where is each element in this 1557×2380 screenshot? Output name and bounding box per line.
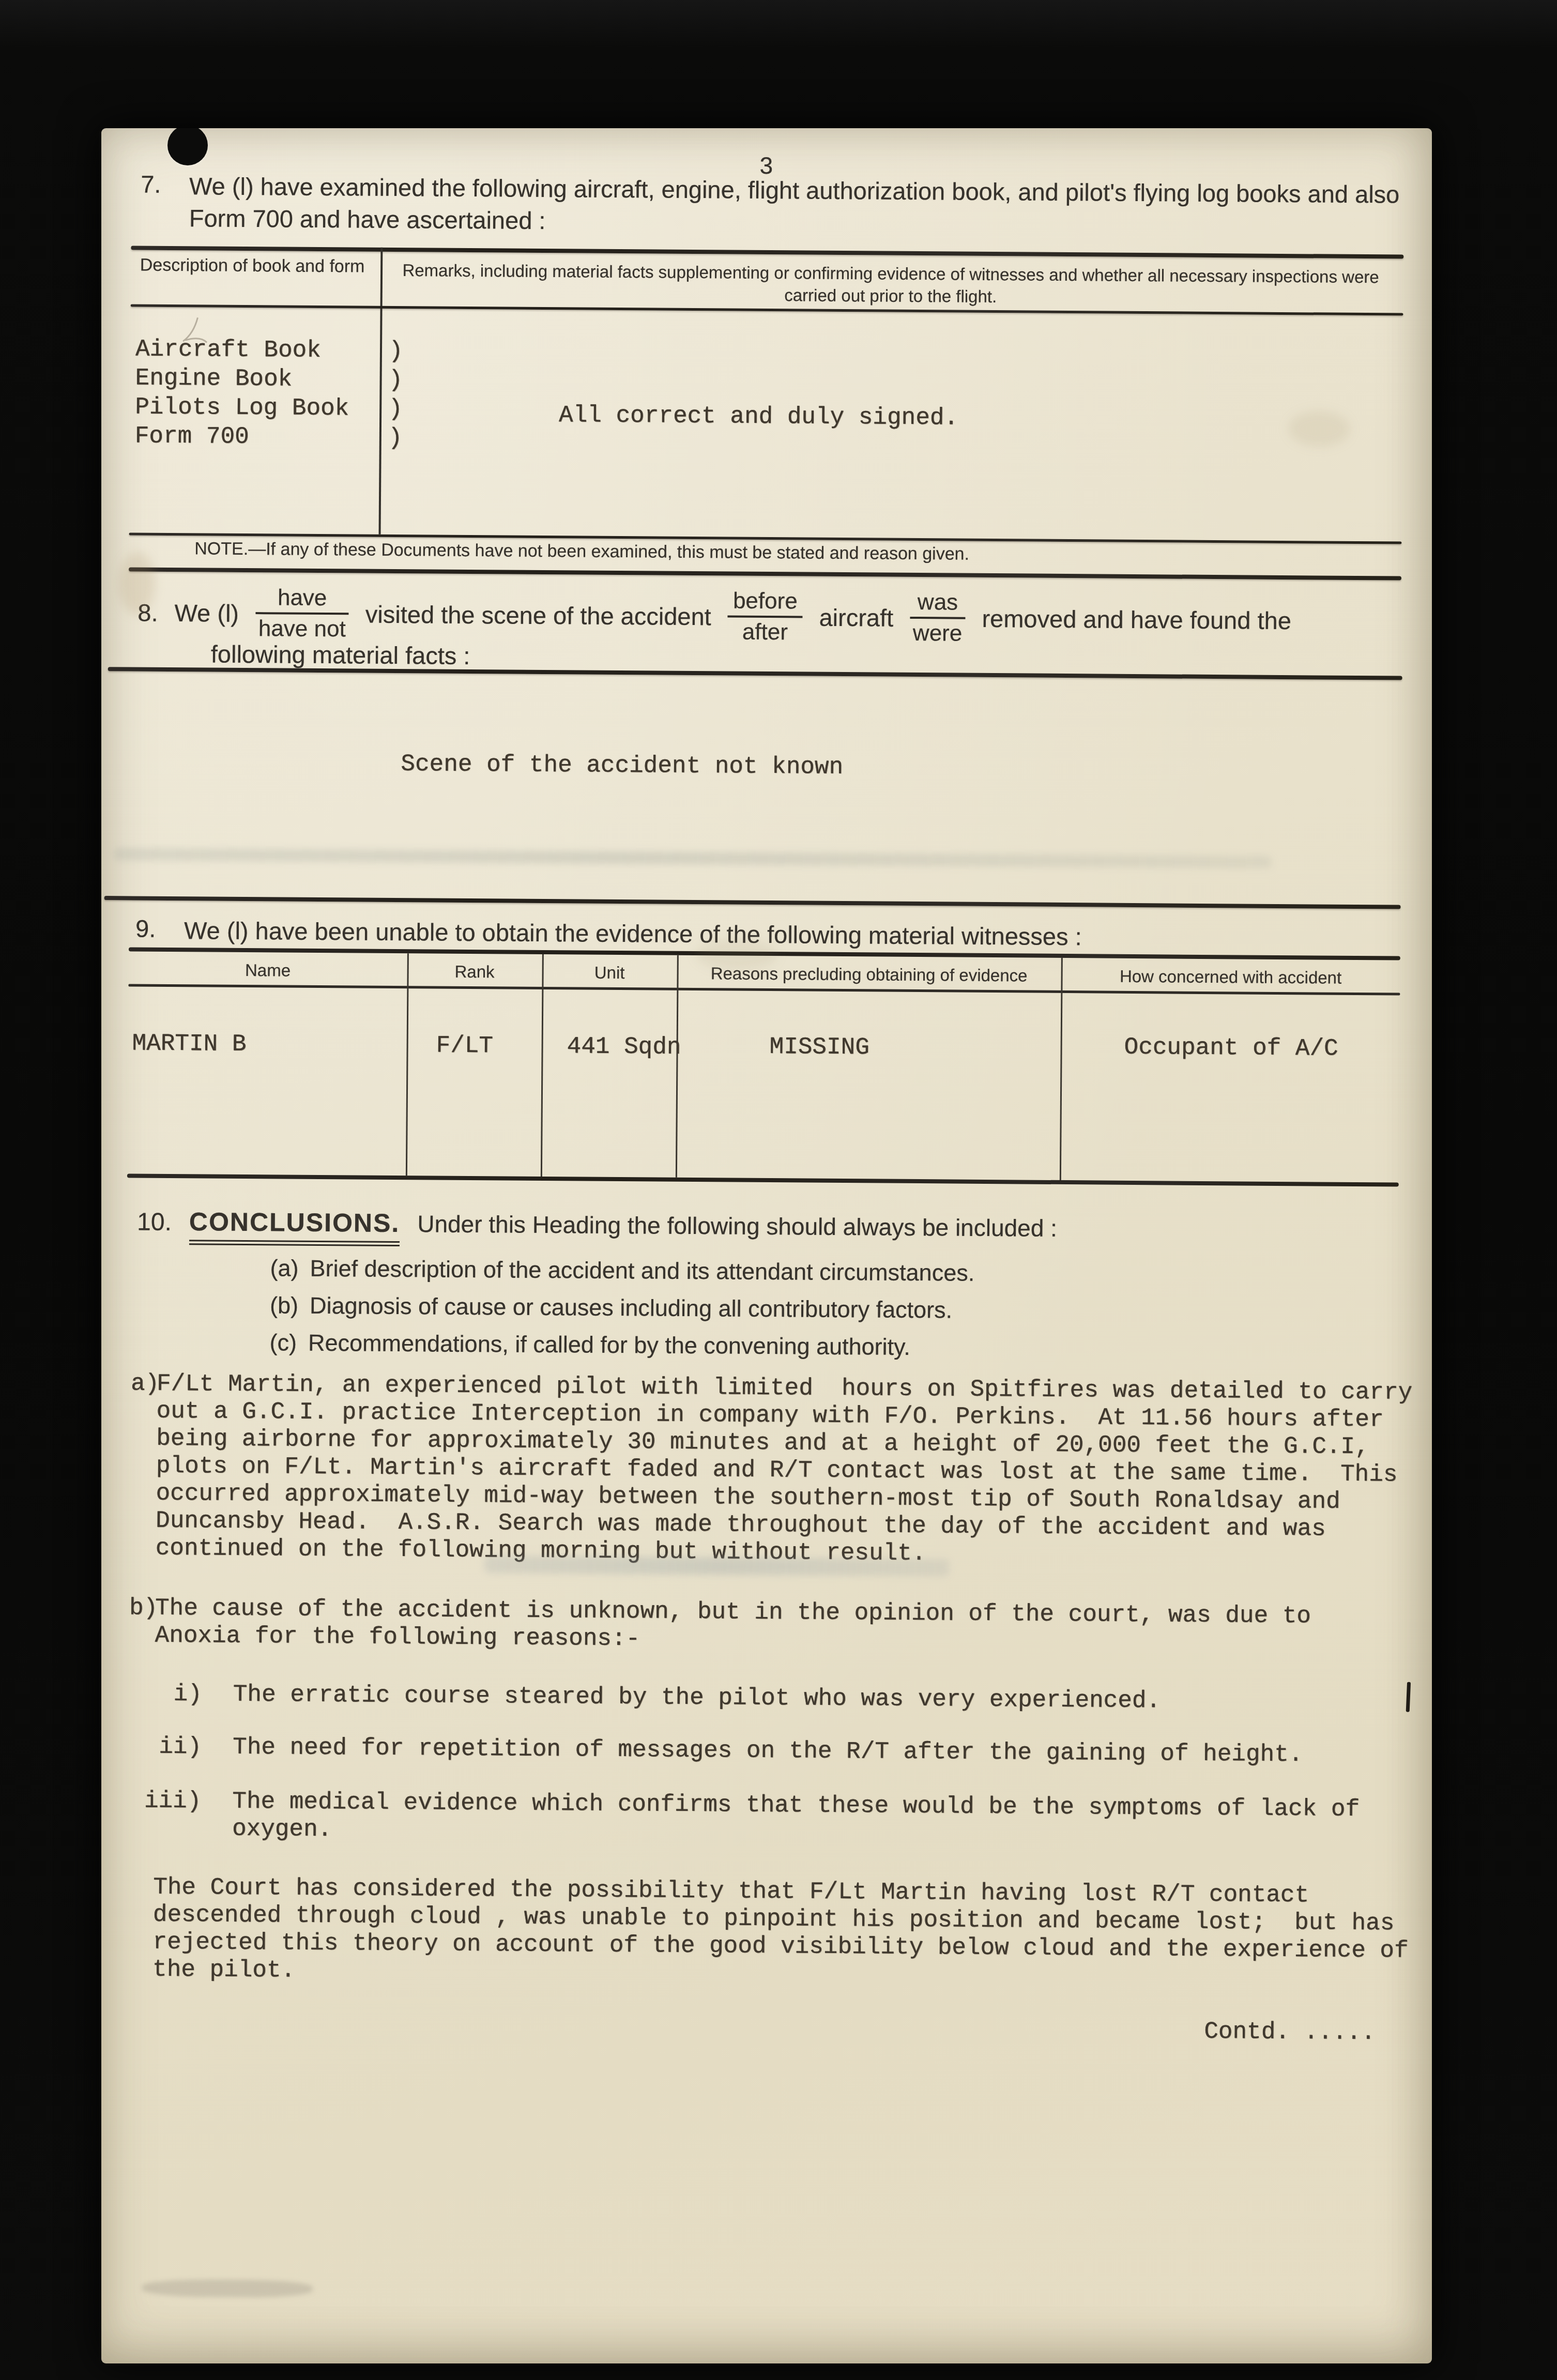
bracket: ) xyxy=(389,337,403,365)
section-10-heading: CONCLUSIONS. xyxy=(189,1207,400,1246)
book-item: Form 700 xyxy=(135,421,349,452)
reason-iii-text: The medical evidence which confirms that… xyxy=(232,1788,1401,1851)
ink-mark xyxy=(1406,1682,1411,1712)
paper-stain xyxy=(1288,410,1350,447)
witness-col-unit: Unit xyxy=(542,963,677,983)
reason-ii-label: ii) xyxy=(142,1733,202,1761)
bracket: ) xyxy=(388,423,403,452)
contd-note: Contd. ..... xyxy=(1204,2018,1376,2046)
scanned-document: { "colors": { "background": "#0a0a09", "… xyxy=(0,0,1557,2380)
reason-ii-text: The need for repetition of messages on t… xyxy=(233,1734,1401,1769)
witnesses-table: Name Rank Unit Reasons precluding obtain… xyxy=(127,947,1400,1186)
pencil-smudge xyxy=(142,2279,313,2298)
section-8-tail: removed and have found the xyxy=(982,604,1291,634)
conclusion-item-c: (c) Recommendations, if called for by th… xyxy=(269,1329,910,1361)
witness-col-name: Name xyxy=(129,959,407,981)
witness-rank: F/LT xyxy=(436,1032,493,1060)
scene-answer: Scene of the accident not known xyxy=(401,751,843,781)
documents-table: Description of book and form Remarks, in… xyxy=(129,246,1403,580)
book-item: Pilots Log Book xyxy=(135,392,349,423)
conclusion-item-b: (b) Diagnosis of cause or causes includi… xyxy=(270,1292,952,1323)
choice-have: have have not xyxy=(255,584,349,643)
section-7-number: 7. xyxy=(141,170,189,199)
witness-unit: 441 Sqdn xyxy=(567,1033,681,1061)
page-content: 3 7. We (l) have examined the following … xyxy=(101,128,1432,2363)
choice-have-bottom: have not xyxy=(255,614,349,643)
choice-was: was xyxy=(910,589,966,619)
section-8-tail2: following material facts : xyxy=(211,640,470,670)
section-10-text: Under this Heading the following should … xyxy=(417,1210,1057,1242)
conclusion-item-a-text: Brief description of the accident and it… xyxy=(310,1255,974,1287)
paper-stain xyxy=(695,939,778,970)
conclusion-item-c-label: (c) xyxy=(269,1329,297,1356)
choice-before: before xyxy=(728,587,803,618)
finding-b-text: The cause of the accident is unknown, bu… xyxy=(155,1595,1344,1658)
choice-were: were xyxy=(910,619,966,647)
reason-i-text: The erratic course steared by the pilot … xyxy=(233,1681,1401,1717)
books-list: Aircraft Book Engine Book Pilots Log Boo… xyxy=(135,334,350,452)
book-item: Engine Book xyxy=(135,363,349,394)
witness-reason: MISSING xyxy=(769,1033,869,1061)
section-7: 7. We (l) have examined the following ai… xyxy=(141,170,1408,243)
witness-col-concern: How concerned with accident xyxy=(1061,966,1400,988)
rule xyxy=(127,1173,1399,1186)
section-8: 8. We (l) have have not visited the scen… xyxy=(138,584,1291,650)
documents-table-col2-header: Remarks, including material facts supple… xyxy=(400,259,1382,310)
book-item: Aircraft Book xyxy=(135,334,349,365)
rule xyxy=(108,667,1402,680)
conclusion-item-b-label: (b) xyxy=(270,1292,298,1319)
bleed-through-smudge xyxy=(484,1555,950,1576)
witness-name: MARTIN B xyxy=(132,1030,246,1058)
section-10: 10. CONCLUSIONS. Under this Heading the … xyxy=(137,1207,1057,1251)
finding-b-label: b) xyxy=(129,1594,158,1621)
finding-a-text: F/Lt Martin, an experienced pilot with l… xyxy=(156,1370,1432,1571)
witness-concern: Occupant of A/C xyxy=(1124,1034,1338,1062)
section-8-mid2: aircraft xyxy=(819,603,893,632)
document-page: 3 7. We (l) have examined the following … xyxy=(101,128,1432,2363)
conclusion-item-c-text: Recommendations, if called for by the co… xyxy=(308,1330,910,1361)
conclusion-item-a-label: (a) xyxy=(270,1255,298,1281)
section-8-mid1: visited the scene of the accident xyxy=(365,600,711,631)
rule xyxy=(104,896,1401,909)
section-9-number: 9. xyxy=(135,914,184,943)
conclusion-item-b-text: Diagnosis of cause or causes including a… xyxy=(310,1292,952,1324)
conclusion-item-a: (a) Brief description of the accident an… xyxy=(270,1255,974,1287)
reason-i-label: i) xyxy=(142,1681,202,1708)
choice-was-were: was were xyxy=(910,589,966,647)
rule xyxy=(129,567,1401,580)
choice-before-after: before after xyxy=(727,587,803,646)
closing-paragraph: The Court has considered the possibility… xyxy=(152,1874,1430,1992)
choice-after: after xyxy=(727,617,802,646)
bleed-through-smudge xyxy=(114,848,1272,868)
documents-note: NOTE.—If any of these Documents have not… xyxy=(194,539,969,564)
section-7-text: We (l) have examined the following aircr… xyxy=(189,170,1402,242)
choice-have-top: have xyxy=(255,584,349,615)
section-10-number: 10. xyxy=(137,1208,172,1237)
reason-iii-label: iii) xyxy=(141,1788,201,1815)
witness-col-rank: Rank xyxy=(407,962,542,982)
documents-table-col1-header: Description of book and form xyxy=(131,254,374,277)
column-divider xyxy=(379,248,383,535)
section-9-text: We (l) have been unable to obtain the ev… xyxy=(184,914,1082,953)
bracket-column: ) ) ) ) xyxy=(388,337,403,452)
bracket: ) xyxy=(388,365,403,394)
documents-remark: All correct and duly signed. xyxy=(559,402,958,431)
section-8-lead: We (l) xyxy=(174,599,239,628)
finding-a-label: a) xyxy=(131,1370,160,1397)
bracket: ) xyxy=(388,394,403,423)
